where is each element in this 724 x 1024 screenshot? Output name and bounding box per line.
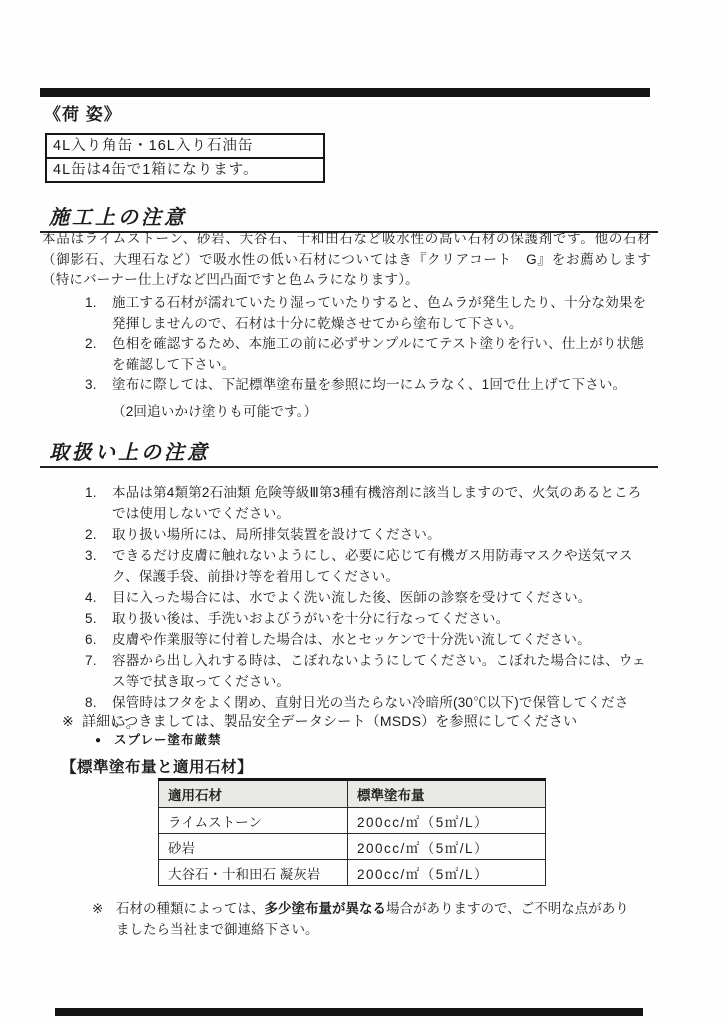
- cargo-box: 4L入り角缶・16L入り石油缶 4L缶は4缶で1箱になります。: [45, 133, 325, 183]
- construction-intro: 本品はライムストーン、砂岩、大谷石、十和田石など吸水性の高い石材の保護剤です。他…: [42, 229, 651, 291]
- column-header-rate: 標準塗布量: [348, 780, 546, 808]
- item-number: 6.: [85, 629, 97, 650]
- item-number: 8.: [85, 692, 97, 713]
- list-item: 6. 皮膚や作業服等に付着した場合は、水とセッケンで十分洗い流してください。: [85, 629, 650, 650]
- reference-mark: ※: [92, 898, 103, 919]
- item-text: 取り扱い後は、手洗いおよびうがいを十分に行なってください。: [112, 611, 509, 626]
- handling-list: 1. 本品は第4類第2石油類 危険等級Ⅲ第3種有機溶剤に該当しますので、火気のあ…: [85, 482, 650, 734]
- cargo-heading: 《荷 姿》: [44, 100, 122, 125]
- item-number: 2.: [85, 334, 97, 355]
- bottom-rule: [55, 1008, 643, 1016]
- item-text: できるだけ皮膚に触れないようにし、必要に応じて有機ガス用防毒マスクや送気マスク、…: [112, 548, 633, 584]
- table-row: ライムストーン 200cc/㎡（5㎡/L）: [159, 808, 546, 834]
- item-number: 3.: [85, 545, 97, 566]
- rate-cell: 200cc/㎡（5㎡/L）: [348, 834, 546, 860]
- top-rule: [40, 88, 650, 97]
- footnote-pre: 石材の種類によっては、: [116, 901, 265, 916]
- construction-section-title: 施工上の注意: [49, 201, 187, 230]
- recoat-note: （2回追いかけ塗りも可能です。）: [85, 402, 650, 423]
- rate-cell: 200cc/㎡（5㎡/L）: [348, 860, 546, 886]
- table-row: 大谷石・十和田石 凝灰岩 200cc/㎡（5㎡/L）: [159, 860, 546, 886]
- reference-mark: ※: [62, 713, 74, 729]
- coverage-table-title: 【標準塗布量と適用石材】: [61, 755, 253, 777]
- item-number: 1.: [85, 293, 97, 314]
- list-item: 3. できるだけ皮膚に触れないようにし、必要に応じて有機ガス用防毒マスクや送気マ…: [85, 545, 650, 587]
- item-text: 目に入った場合には、水でよく洗い流した後、医師の診察を受けてください。: [112, 590, 592, 605]
- item-number: 5.: [85, 608, 97, 629]
- item-text: 取り扱い場所には、局所排気装置を設けてください。: [112, 527, 441, 542]
- table-row: 砂岩 200cc/㎡（5㎡/L）: [159, 834, 546, 860]
- cargo-box-line1: 4L入り角缶・16L入り石油缶: [47, 135, 323, 157]
- list-item: 3. 塗布に際しては、下記標準塗布量を参照に均一にムラなく、1回で仕上げて下さい…: [85, 375, 650, 396]
- list-item: 7. 容器から出し入れする時は、こぼれないようにしてください。こぼれた場合には、…: [85, 650, 650, 692]
- table-header-row: 適用石材 標準塗布量: [159, 780, 546, 808]
- item-text: 皮膚や作業服等に付着した場合は、水とセッケンで十分洗い流してください。: [112, 632, 591, 647]
- item-number: 4.: [85, 587, 97, 608]
- stone-cell: 大谷石・十和田石 凝灰岩: [159, 860, 348, 886]
- rate-cell: 200cc/㎡（5㎡/L）: [348, 808, 546, 834]
- footnote-bold: 多少塗布量が異なる: [265, 901, 387, 916]
- handling-section-title: 取扱い上の注意: [49, 436, 210, 465]
- coverage-table: 適用石材 標準塗布量 ライムストーン 200cc/㎡（5㎡/L） 砂岩 200c…: [158, 778, 546, 886]
- list-item: 2. 取り扱い場所には、局所排気装置を設けてください。: [85, 524, 650, 545]
- spray-warning: ●スプレー塗布厳禁: [95, 730, 222, 748]
- msds-note-text: 詳細につきましては、製品安全データシート（MSDS）を参照にしてください: [82, 713, 577, 729]
- item-number: 1.: [85, 482, 97, 503]
- item-text: 塗布に際しては、下記標準塗布量を参照に均一にムラなく、1回で仕上げて下さい。: [112, 377, 626, 392]
- item-text: 色相を確認するため、本施工の前に必ずサンプルにてテスト塗りを行い、仕上がり状態を…: [112, 336, 644, 372]
- footnote-text: 石材の種類によっては、多少塗布量が異なる場合がありますので、ご不明な点がありまし…: [92, 898, 632, 940]
- column-header-stone: 適用石材: [159, 780, 348, 808]
- handling-title-rule: [40, 466, 658, 468]
- bullet-icon: ●: [95, 735, 102, 746]
- stone-cell: 砂岩: [159, 834, 348, 860]
- cargo-box-line2: 4L缶は4缶で1箱になります。: [47, 157, 323, 181]
- list-item: 2. 色相を確認するため、本施工の前に必ずサンプルにてテスト塗りを行い、仕上がり…: [85, 334, 650, 375]
- item-text: 本品は第4類第2石油類 危険等級Ⅲ第3種有機溶剤に該当しますので、火気のあるとこ…: [112, 485, 642, 521]
- item-text: 容器から出し入れする時は、こぼれないようにしてください。こぼれた場合には、ウェス…: [112, 653, 646, 689]
- list-item: 4. 目に入った場合には、水でよく洗い流した後、医師の診察を受けてください。: [85, 587, 650, 608]
- msds-note: ※詳細につきましては、製品安全データシート（MSDS）を参照にしてください: [62, 711, 577, 732]
- item-number: 3.: [85, 375, 97, 396]
- list-item: 5. 取り扱い後は、手洗いおよびうがいを十分に行なってください。: [85, 608, 650, 629]
- list-item: 1. 本品は第4類第2石油類 危険等級Ⅲ第3種有機溶剤に該当しますので、火気のあ…: [85, 482, 650, 524]
- stone-cell: ライムストーン: [159, 808, 348, 834]
- construction-list: 1. 施工する石材が濡れていたり湿っていたりすると、色ムラが発生したり、十分な効…: [85, 293, 650, 422]
- spray-warning-text: スプレー塗布厳禁: [114, 733, 222, 747]
- item-text: 施工する石材が濡れていたり湿っていたりすると、色ムラが発生したり、十分な効果を発…: [112, 295, 646, 331]
- list-item: 1. 施工する石材が濡れていたり湿っていたりすると、色ムラが発生したり、十分な効…: [85, 293, 650, 334]
- item-number: 7.: [85, 650, 97, 671]
- document-page: 《荷 姿》 4L入り角缶・16L入り石油缶 4L缶は4缶で1箱になります。 施工…: [0, 0, 724, 1024]
- bottom-footnote: ※ 石材の種類によっては、多少塗布量が異なる場合がありますので、ご不明な点があり…: [92, 898, 632, 940]
- item-number: 2.: [85, 524, 97, 545]
